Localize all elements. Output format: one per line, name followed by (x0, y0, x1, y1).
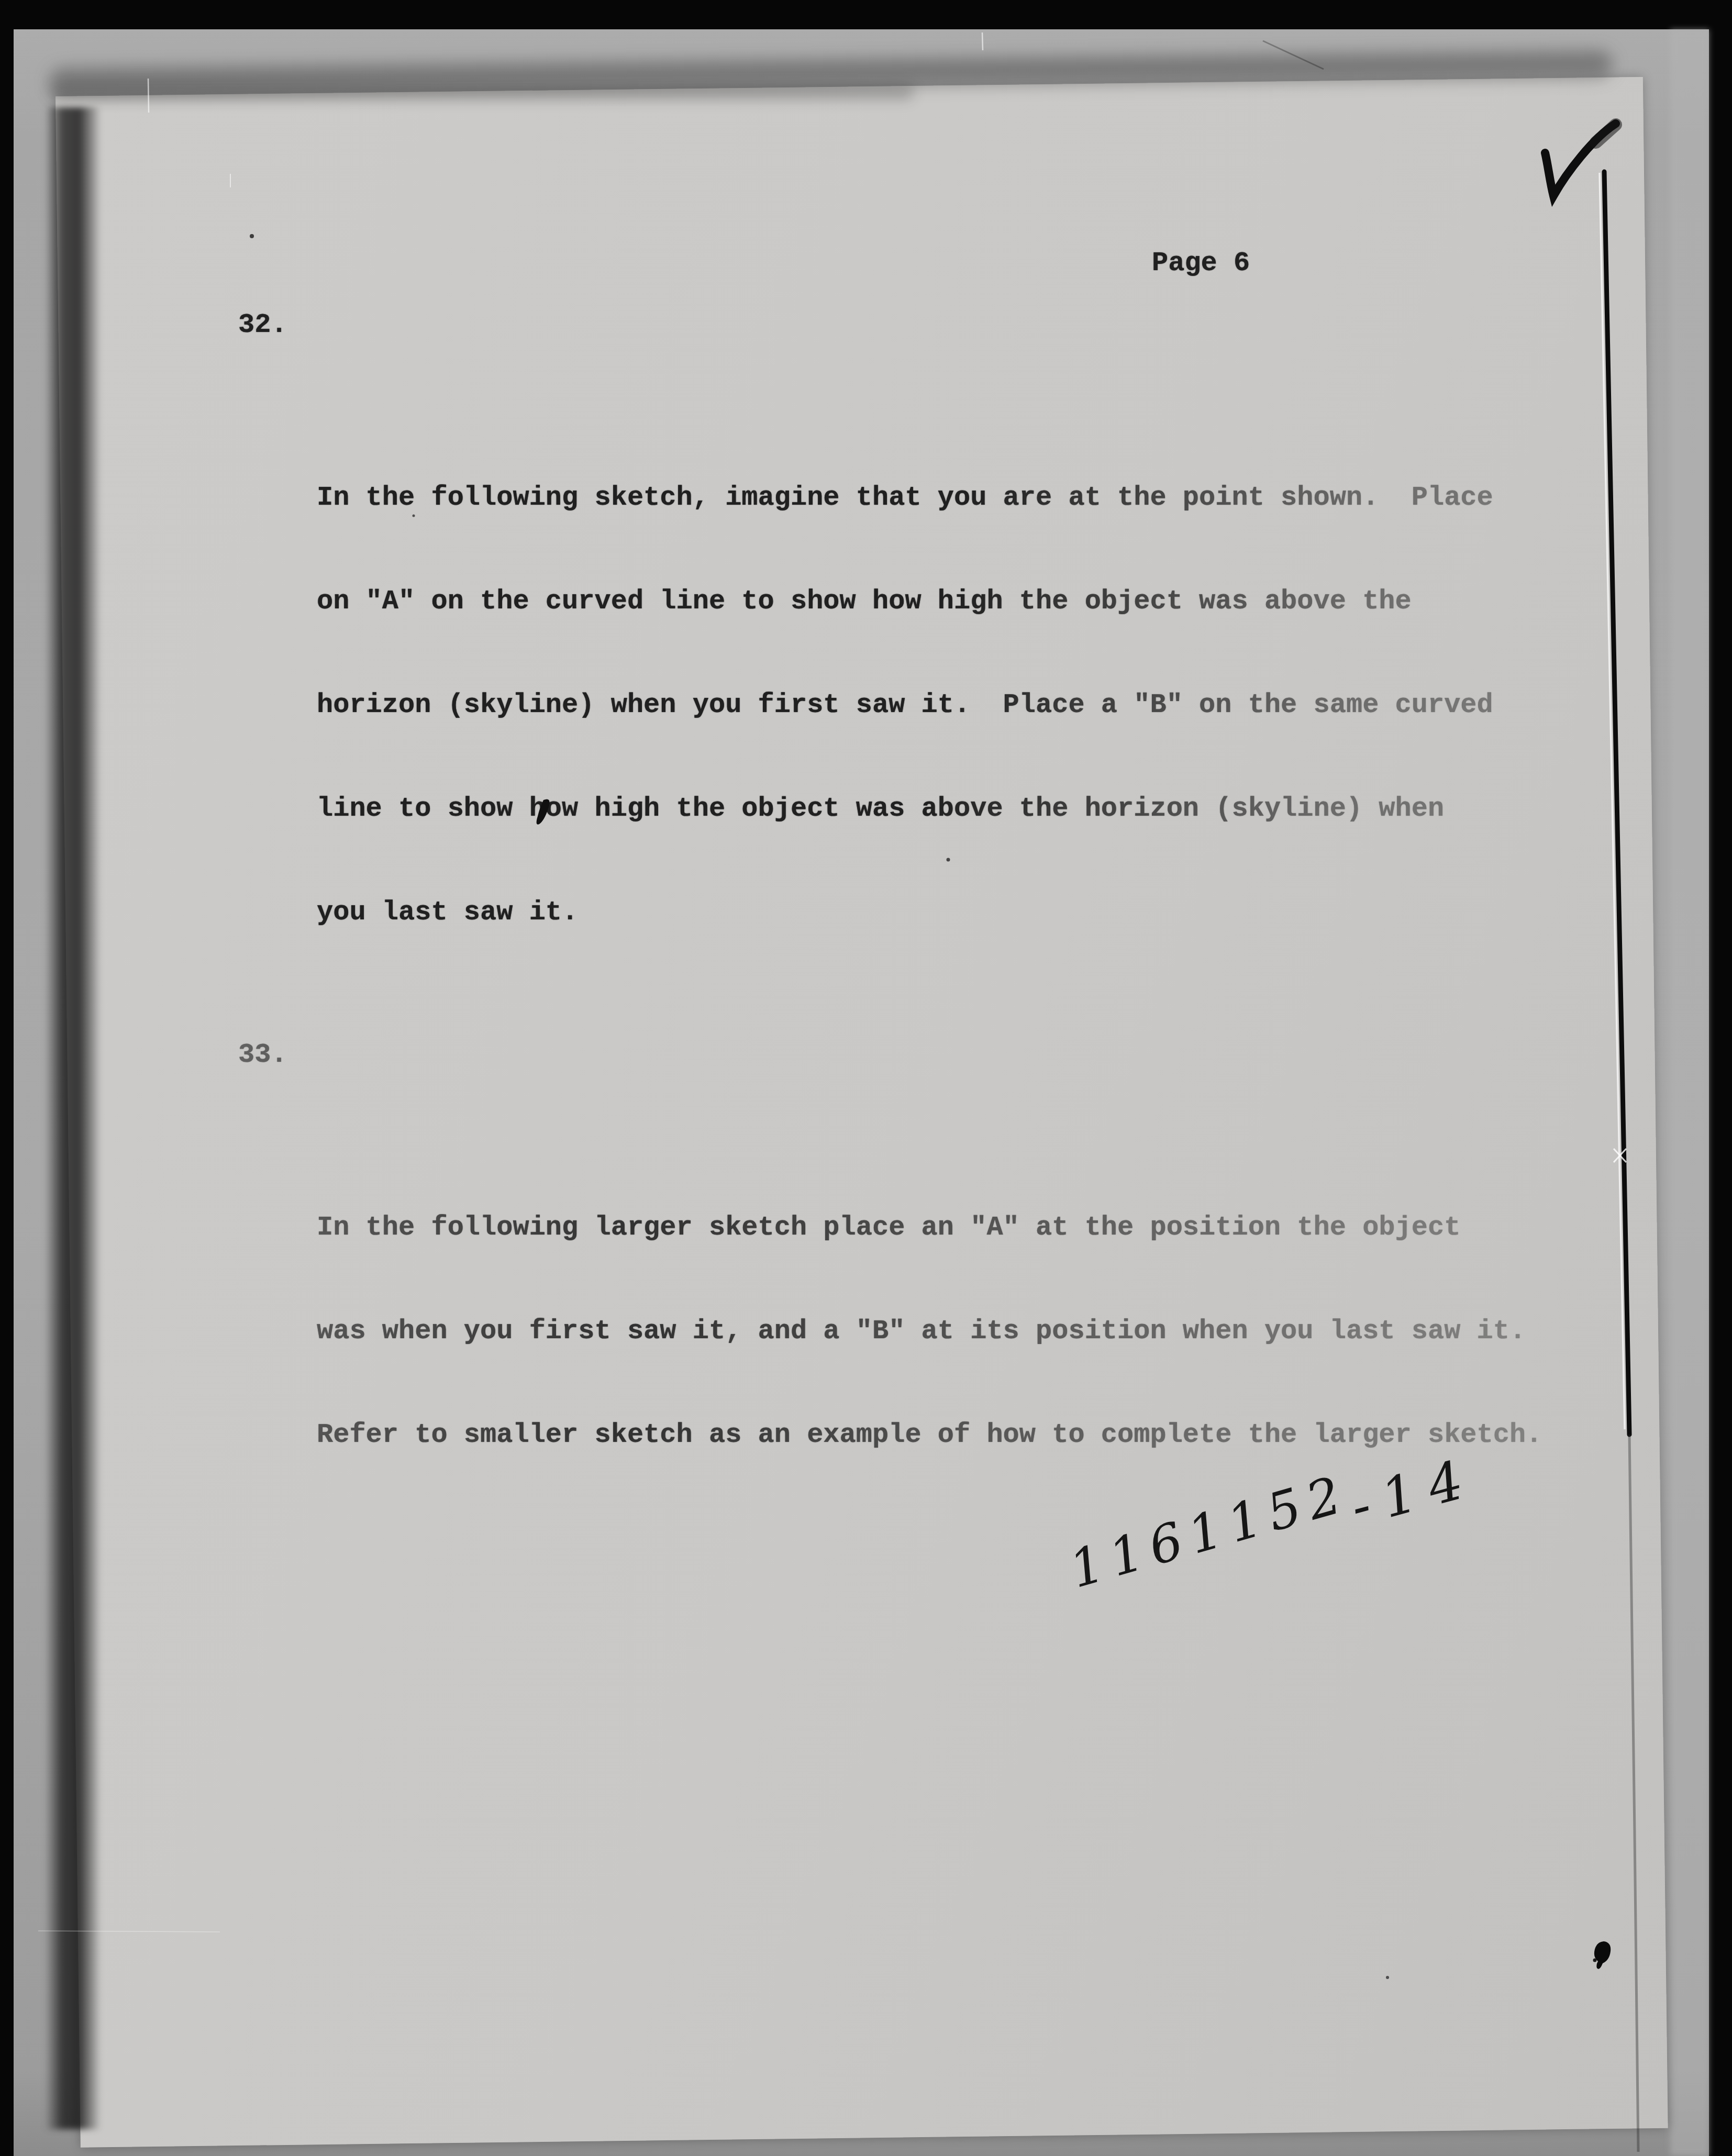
speck (1386, 1976, 1389, 1979)
crease-highlight (1600, 173, 1625, 1429)
dark-scratch (1263, 41, 1324, 69)
photographic-marks-overlay (0, 0, 1732, 2156)
white-hairline (38, 1931, 220, 1932)
apostrophe-mark (537, 799, 550, 824)
speck (413, 515, 415, 517)
speck (250, 234, 254, 238)
photographed-document: Page 6 32. In the following sketch, imag… (0, 0, 1732, 2156)
checkmark-smudge (1596, 125, 1616, 142)
crease-line-faint (1629, 1435, 1638, 2152)
ink-dot (1593, 1959, 1597, 1962)
white-scratch (148, 79, 149, 113)
white-scratch (982, 32, 983, 50)
crease-line (1604, 172, 1629, 1435)
ink-blob (1594, 1941, 1611, 1969)
speck (947, 858, 950, 862)
